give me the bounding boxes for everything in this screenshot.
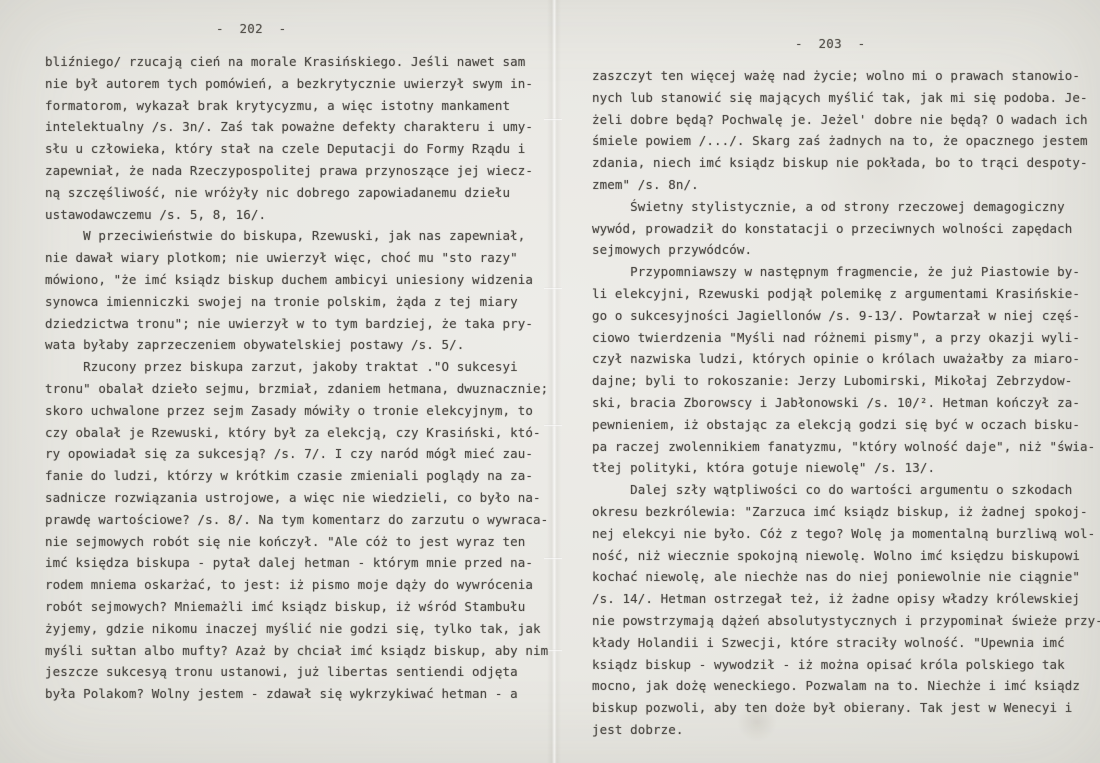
left-page-number: - 202 - <box>216 21 286 36</box>
left-page-body-text: bliźniego/ rzucają cień na morale Krasiń… <box>45 51 550 705</box>
right-page-number: - 203 - <box>795 36 865 51</box>
right-page-body-text: zaszczyt ten więcej ważę nad życie; woln… <box>592 65 1097 741</box>
